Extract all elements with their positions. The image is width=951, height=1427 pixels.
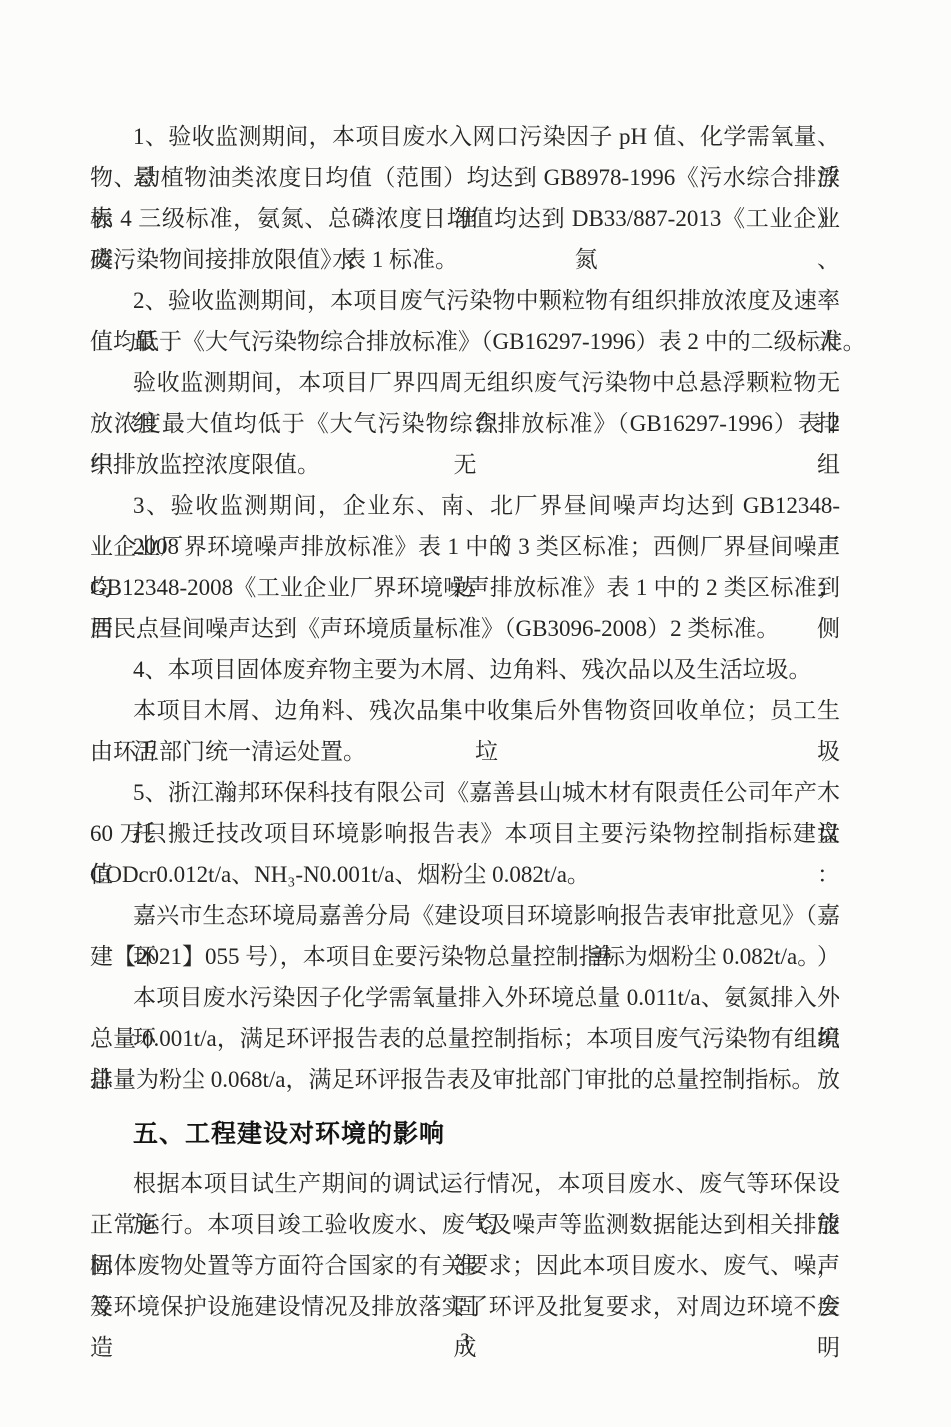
text-line: 5、浙江瀚邦环保科技有限公司《嘉善县山城木材有限责任公司年产木托盘 [90, 772, 840, 813]
text-line: 3、验收监测期间，企业东、南、北厂界昼间噪声均达到 GB12348-2008《工 [90, 485, 840, 526]
text-line: 总量为粉尘 0.068t/a，满足环评报告表及审批部门审批的总量控制指标。 [90, 1059, 840, 1100]
text-line: 值均低于《大气污染物综合排放标准》（GB16297-1996）表 2 中的二级标… [90, 321, 840, 362]
document-page: 1、验收监测期间，本项目废水入网口污染因子 pH 值、化学需氧量、悬浮物、动植物… [0, 0, 951, 1427]
text-line: 2、验收监测期间，本项目废气污染物中颗粒物有组织排放浓度及速率最大 [90, 280, 840, 321]
text-line: 嘉兴市生态环境局嘉善分局《建设项目环境影响报告表审批意见》（嘉环（善） [90, 895, 840, 936]
text-line: 表 4 三级标准，氨氮、总磷浓度日均值均达到 DB33/887-2013《工业企… [90, 198, 840, 239]
text-line: 物、动植物油类浓度日均值（范围）均达到 GB8978-1996《污水综合排放标准… [90, 157, 840, 198]
text-line: 业企业厂界环境噪声排放标准》表 1 中的 3 类区标准；西侧厂界昼间噪声均达到 [90, 526, 840, 567]
text-line: 本项目废水污染因子化学需氧量排入外环境总量 0.011t/a、氨氮排入外环境 [90, 977, 840, 1018]
text-line: 建【2021】055 号），本项目主要污染物总量控制指标为烟粉尘 0.082t/… [90, 936, 840, 977]
text-line: 居民点昼间噪声达到《声环境质量标准》（GB3096-2008）2 类标准。 [90, 608, 840, 649]
text-line: 放浓度最大值均低于《大气污染物综合排放标准》（GB16297-1996）表 2 … [90, 403, 840, 444]
document-body: 1、验收监测期间，本项目废水入网口污染因子 pH 值、化学需氧量、悬浮物、动植物… [90, 116, 840, 1327]
text-line: 总量 0.001t/a，满足环评报告表的总量控制指标；本项目废气污染物有组织排放 [90, 1018, 840, 1059]
text-line: GB12348-2008《工业企业厂界环境噪声排放标准》表 1 中的 2 类区标… [90, 567, 840, 608]
text-line: 等环境保护设施建设情况及排放落实了环评及批复要求，对周边环境不会造成明 [90, 1286, 840, 1327]
text-line: 固体废物处置等方面符合国家的有关要求；因此本项目废水、废气、噪声及固废 [90, 1245, 840, 1286]
text-line: 正常运行。本项目竣工验收废水、废气及噪声等监测数据能达到相关排放标准， [90, 1204, 840, 1245]
text-line: 本项目木屑、边角料、残次品集中收集后外售物资回收单位；员工生活垃圾 [90, 690, 840, 731]
text-line: 验收监测期间，本项目厂界四周无组织废气污染物中总悬浮颗粒物无组织排 [90, 362, 840, 403]
text-line: 根据本项目试生产期间的调试运行情况，本项目废水、废气等环保设施均能 [90, 1163, 840, 1204]
section-heading: 五、工程建设对环境的影响 [90, 1114, 840, 1155]
page-number: 3 [90, 1330, 840, 1352]
text-line: 1、验收监测期间，本项目废水入网口污染因子 pH 值、化学需氧量、悬浮 [90, 116, 840, 157]
text-line: 60 万只搬迁技改项目环境影响报告表》本项目主要污染物控制指标建议值： [90, 813, 840, 854]
text-line: 4、本项目固体废弃物主要为木屑、边角料、残次品以及生活垃圾。 [90, 649, 840, 690]
